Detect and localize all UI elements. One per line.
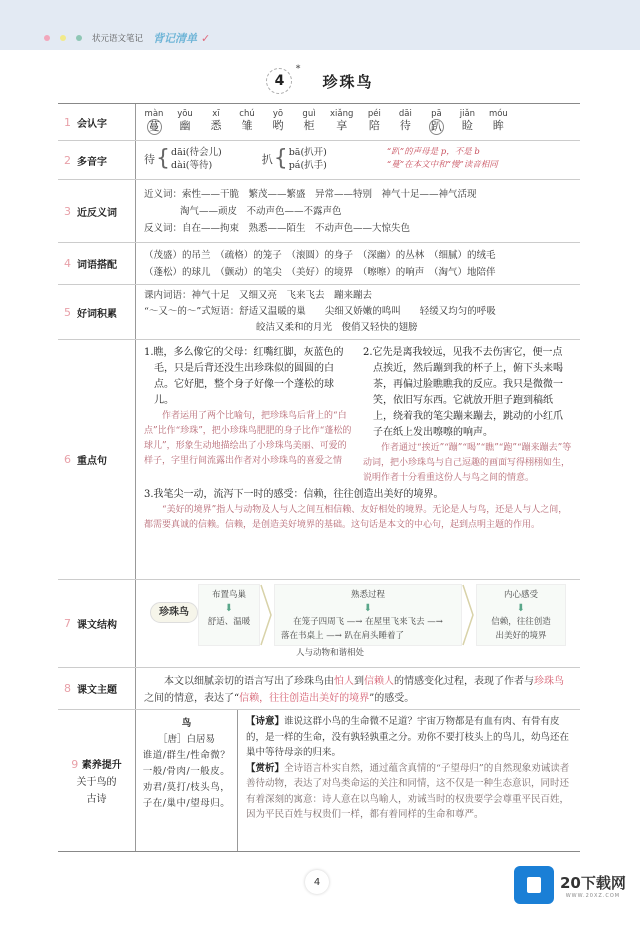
char-item: jiǎn睑	[457, 109, 477, 135]
stage-title: 内心感受	[504, 588, 538, 603]
stage-title: 熟悉过程	[351, 588, 385, 603]
stage-box-2: 熟悉过程 ⬇ 在笼子四周飞 —→ 在屋里飞来飞去 —→ 落在书桌上 —→ 趴在肩…	[274, 584, 462, 646]
reading: dài(等待)	[171, 159, 222, 172]
hanzi: 陪	[369, 119, 380, 133]
reading: pá(扒手)	[289, 159, 327, 172]
poem-column: 鸟 ［唐］白居易 谁道/群生/性命微？一般/骨肉/一般皮。劝君/莫打/枝头鸟，子…	[136, 710, 238, 851]
hanzi: 享	[336, 119, 347, 133]
hanzi: 幽	[180, 119, 191, 133]
pinyin: móu	[489, 109, 508, 119]
section-label: 2 多音字	[58, 141, 136, 179]
stage-body: 落在书桌上 —→ 趴在肩头睡着了	[275, 629, 404, 643]
section-label: 7 课文结构	[58, 580, 136, 667]
note-line: “蔓”在本文中和“慢”读音相同	[387, 159, 498, 172]
section-number: 4	[64, 257, 71, 270]
pinyin: péi	[368, 109, 381, 119]
watermark-text: 20下载网 WWW.20XZ.COM	[560, 872, 626, 899]
section-title: 课文结构	[77, 616, 117, 631]
pinyin: chú	[239, 109, 254, 119]
watermark-url: WWW.20XZ.COM	[560, 893, 626, 899]
section-structure: 7 课文结构 珍珠鸟 布置鸟巢 ⬇ 舒适、温暖 熟悉过程 ⬇ 在笼子四周飞 —→…	[58, 580, 580, 668]
synonym-content: 近义词：索性——干脆 繁茂——繁盛 异常——特别 神气十足——神气活现 淘气——…	[136, 180, 580, 242]
pinyin: yōu	[177, 109, 193, 119]
section-recognize-chars: 1 会认字 màn蔓yōu幽xī悉chú雏yō哟guì柜xiǎng享péi陪dā…	[58, 104, 580, 141]
poem: 鸟 ［唐］白居易 谁道/群生/性命微？一般/骨肉/一般皮。劝君/莫打/枝头鸟，子…	[136, 710, 237, 812]
section-number: 7	[64, 617, 71, 630]
pinyin: yō	[273, 109, 283, 119]
words-line: “～又～的～”式短语：舒适又温暖的巢 尖细又娇嫩的鸣叫 轻缓又均匀的呼吸	[144, 304, 572, 320]
cube-icon	[527, 877, 541, 893]
section-key-sentences: 6 重点句 1.瞧，多么像它的父母：红嘴红脚，灰蓝色的毛，只是后背还没生出珍珠似…	[58, 340, 580, 580]
stage-box-3: 内心感受 ⬇ 信赖，往往创造 出美好的境界	[476, 584, 566, 646]
sentence-text: 2.它先是离我较远，见我不去伤害它，便一点点挨近，然后蹦到我的杯子上，俯下头来喝…	[363, 345, 572, 441]
chevron-right-icon	[462, 584, 474, 646]
lesson-header: 4 珍珠鸟	[0, 68, 640, 94]
hanzi: 哟	[273, 119, 284, 133]
char-item: péi陪	[364, 109, 384, 135]
key-sentence-1: 1.瞧，多么像它的父母：红嘴红脚，灰蓝色的毛，只是后背还没生出珍珠似的圆圆的白点…	[144, 345, 353, 486]
polyphone-char: 待	[144, 152, 155, 167]
poem-meaning: 【诗意】谁说这群小鸟的生命微不足道？宇宙万物都是有血有肉、有骨有皮的，是一样的生…	[246, 714, 572, 761]
stage-body: 信赖，往往创造	[491, 615, 551, 629]
section-title: 会认字	[77, 115, 107, 130]
hanzi: 待	[400, 119, 411, 133]
hanzi: 眸	[493, 119, 504, 133]
pairing-content: （茂盛）的吊兰 （疏格）的笼子 （滚圆）的身子 （深幽）的丛林 （细腻）的绒毛 …	[136, 243, 580, 284]
pinyin: guì	[302, 109, 315, 119]
meaning-tag: 【诗意】	[246, 716, 284, 727]
poem-analysis: 【赏析】全诗语言朴实自然，通过蕴含真情的“子望母归”的自然现象劝诫读者善待动物，…	[246, 761, 572, 823]
section-good-words: 5 好词积累 课内词语：神气十足 又细又亮 飞来飞去 蹦来蹦去 “～又～的～”式…	[58, 285, 580, 340]
poem-line: 一般/骨肉/一般皮。	[136, 764, 237, 780]
section-number: 2	[64, 154, 71, 167]
char-list: màn蔓yōu幽xī悉chú雏yō哟guì柜xiǎng享péi陪dāi待pā趴j…	[136, 104, 580, 140]
stage-box-1: 布置鸟巢 ⬇ 舒适、温暖	[198, 584, 260, 646]
char-item: yō哟	[268, 109, 288, 135]
char-item: guì柜	[299, 109, 319, 135]
section-number: 1	[64, 116, 71, 129]
structure-diagram: 珍珠鸟 布置鸟巢 ⬇ 舒适、温暖 熟悉过程 ⬇ 在笼子四周飞 —→ 在屋里飞来飞…	[136, 580, 580, 664]
theme-highlight: 珍珠鸟	[534, 676, 564, 687]
stage-body: 出美好的境界	[495, 629, 546, 643]
down-arrow-icon: ⬇	[517, 603, 525, 615]
hanzi: 悉	[211, 119, 222, 133]
char-item: dāi待	[395, 109, 415, 135]
theme-part: 之间的情意，表达了“	[144, 693, 239, 704]
pinyin: jiǎn	[460, 109, 475, 119]
stage-title: 布置鸟巢	[212, 588, 246, 603]
section-number: 5	[64, 306, 71, 319]
poem-notes: 【诗意】谁说这群小鸟的生命微不足道？宇宙万物都是有血有肉、有骨有皮的，是一样的生…	[238, 710, 580, 851]
section-title: 素养提升	[82, 760, 122, 771]
hanzi: 雏	[242, 119, 253, 133]
section-subtitle: 古诗	[87, 790, 107, 805]
polyphone-item: 扒 { bā(扒开) pá(扒手)	[262, 146, 327, 172]
section-polyphones: 2 多音字 待 { dāi(待会儿) dài(等待) 扒 { bā(扒开) pá…	[58, 141, 580, 180]
polyphone-content: 待 { dāi(待会儿) dài(等待) 扒 { bā(扒开) pá(扒手) “…	[136, 141, 580, 177]
synonym-line: 近义词：索性——干脆 繁茂——繁盛 异常——特别 神气十足——神气活现	[144, 186, 572, 203]
theme-highlight: 信赖人	[364, 676, 394, 687]
polyphone-item: 待 { dāi(待会儿) dài(等待)	[144, 146, 222, 172]
section-number: 3	[64, 205, 71, 218]
readings: bā(扒开) pá(扒手)	[289, 146, 327, 172]
hanzi: 趴	[429, 119, 444, 135]
hanzi: 蔓	[147, 119, 162, 135]
poem-title: 鸟	[136, 716, 237, 732]
hanzi: 睑	[462, 119, 473, 133]
section-number: 8	[64, 682, 71, 695]
down-arrow-icon: ⬇	[225, 603, 233, 615]
char-item: chú雏	[237, 109, 257, 135]
chevron-right-icon	[260, 584, 272, 646]
theme-highlight: 信赖，往往创造出美好的境界	[239, 693, 369, 704]
char-item: xiǎng享	[330, 109, 353, 135]
char-grid: màn蔓yōu幽xī悉chú雏yō哟guì柜xiǎng享péi陪dāi待pā趴j…	[144, 107, 572, 135]
poem-line: 子在/巢中/望母归。	[136, 796, 237, 812]
synonym-line: 淘气——顽皮 不动声色——不露声色	[144, 203, 572, 220]
hanzi: 柜	[304, 119, 315, 133]
section-literacy: 9 素养提升 关于鸟的 古诗 鸟 ［唐］白居易 谁道/群生/性命微？一般/骨肉/…	[58, 710, 580, 852]
series-name: 状元语文笔记	[92, 32, 143, 44]
theme-part: ”的感受。	[369, 693, 414, 704]
char-item: móu眸	[488, 109, 508, 135]
sentence-comment: “美好的境界”指人与动物及人与人之间互相信赖、友好相处的境界。无论是人与鸟，还是…	[144, 503, 572, 533]
poem-line: 劝君/莫打/枝头鸟，	[136, 780, 237, 796]
theme-highlight: 怕人	[334, 676, 354, 687]
char-item: xī悉	[206, 109, 226, 135]
theme-part: 本文以细腻亲切的语言写出了珍珠鸟由	[164, 676, 334, 687]
theme-part: 到	[354, 676, 364, 687]
words-line: 皎洁又柔和的月光 俊俏又轻快的翅膀	[144, 320, 572, 336]
theme-text: 本文以细腻亲切的语言写出了珍珠鸟由怕人到信赖人的情感变化过程，表现了作者与珍珠鸟…	[136, 668, 580, 709]
pinyin: xī	[212, 109, 219, 119]
series-header: 状元语文笔记 背记清单 ✓	[44, 30, 210, 46]
stage-body: 舒适、温暖	[208, 615, 251, 629]
section-label: 6 重点句	[58, 340, 136, 579]
sentence-comment: 作者运用了两个比喻句，把珍珠鸟后背上的“白点”比作“珍珠”，把小珍珠鸟肥肥的身子…	[144, 409, 353, 469]
pinyin: dāi	[399, 109, 412, 119]
section-title: 课文主题	[77, 681, 117, 696]
section-number: 9	[71, 758, 78, 771]
center-bubble: 珍珠鸟	[150, 602, 198, 623]
watermark-brand: 20下载网	[560, 872, 626, 893]
pink-dot-icon	[44, 35, 50, 41]
sentence-text: 1.瞧，多么像它的父母：红嘴红脚，灰蓝色的毛，只是后背还没生出珍珠似的圆圆的白点…	[144, 345, 353, 409]
key-sentence-3: 3.我笔尖一动，流泻下一时的感受：信赖，往往创造出美好的境界。	[144, 487, 572, 503]
good-words-content: 课内词语：神气十足 又细又亮 飞来飞去 蹦来蹦去 “～又～的～”式短语：舒适又温…	[136, 285, 580, 339]
section-word-pairing: 4 词语搭配 （茂盛）的吊兰 （疏格）的笼子 （滚圆）的身子 （深幽）的丛林 （…	[58, 243, 580, 285]
section-title: 多音字	[77, 153, 107, 168]
section-synonyms-antonyms: 3 近反义词 近义词：索性——干脆 繁茂——繁盛 异常——特别 神气十足——神气…	[58, 180, 580, 243]
section-title: 好词积累	[77, 305, 117, 320]
antonym-line: 反义词：自在——拘束 熟悉——陌生 不动声色——大惊失色	[144, 220, 572, 237]
analysis-tag: 【赏析】	[246, 763, 284, 774]
brace-icon: {	[156, 148, 170, 170]
annotation-note: “趴”的声母是 p，不是 b “蔓”在本文中和“慢”读音相同	[387, 146, 498, 172]
check-icon: ✓	[201, 32, 210, 45]
theme-part: 的情感变化过程，表现了作者与	[394, 676, 534, 687]
section-theme: 8 课文主题 本文以细腻亲切的语言写出了珍珠鸟由怕人到信赖人的情感变化过程，表现…	[58, 668, 580, 710]
char-item: pā趴	[426, 109, 446, 135]
green-dot-icon	[76, 35, 82, 41]
reading: bā(扒开)	[289, 146, 327, 159]
lesson-title: 珍珠鸟	[322, 71, 373, 92]
section-title: 重点句	[77, 452, 107, 467]
section-number: 6	[64, 453, 71, 466]
section-label: 9 素养提升 关于鸟的 古诗	[58, 710, 136, 851]
lesson-number: 4	[266, 68, 292, 94]
yellow-dot-icon	[60, 35, 66, 41]
pairing-line: （茂盛）的吊兰 （疏格）的笼子 （滚圆）的身子 （深幽）的丛林 （细腻）的绒毛	[144, 247, 572, 264]
section-subtitle: 关于鸟的	[77, 773, 117, 788]
stage-body: 在笼子四周飞 —→ 在屋里飞来飞去 —→	[293, 615, 443, 629]
polyphone-char: 扒	[262, 152, 273, 167]
key-sentence-2: 2.它先是离我较远，见我不去伤害它，便一点点挨近，然后蹦到我的杯子上，俯下头来喝…	[363, 345, 572, 486]
down-arrow-icon: ⬇	[364, 603, 372, 615]
box-logo-icon	[514, 866, 554, 904]
char-item: yōu幽	[175, 109, 195, 135]
sentence-comment: 作者通过“挨近”“蹦”“喝”“瞧”“跑”“蹦来蹦去”等动词，把小珍珠鸟与自己逗趣…	[363, 441, 572, 486]
series-tag: 背记清单	[153, 30, 197, 46]
analysis-text: 全诗语言朴实自然，通过蕴含真情的“子望母归”的自然现象劝诫读者善待动物，表达了对…	[246, 763, 569, 821]
section-label: 5 好词积累	[58, 285, 136, 339]
brace-icon: {	[274, 148, 288, 170]
structure-summary: 人与动物和谐相处	[296, 646, 364, 661]
pinyin: màn	[145, 109, 164, 119]
note-line: “趴”的声母是 p，不是 b	[387, 146, 498, 159]
char-item: màn蔓	[144, 109, 164, 135]
pairing-line: （蓬松）的球儿 （颤动）的笔尖 （美好）的境界 （嚓嚓）的响声 （淘气）地陪伴	[144, 264, 572, 281]
pinyin: pā	[431, 109, 442, 119]
section-label: 1 会认字	[58, 104, 136, 140]
section-label-main: 9 素养提升	[71, 756, 121, 771]
meaning-text: 谁说这群小鸟的生命微不足道？宇宙万物都是有血有肉、有骨有皮的，是一样的生命，没有…	[246, 716, 569, 758]
section-label: 3 近反义词	[58, 180, 136, 242]
page-number: 4	[305, 870, 329, 894]
reading: dāi(待会儿)	[171, 146, 222, 159]
pinyin: xiǎng	[330, 109, 353, 119]
watermark: 20下载网 WWW.20XZ.COM	[514, 866, 626, 904]
section-label: 4 词语搭配	[58, 243, 136, 284]
section-title: 词语搭配	[77, 256, 117, 271]
key-sentence-grid: 1.瞧，多么像它的父母：红嘴红脚，灰蓝色的毛，只是后背还没生出珍珠似的圆圆的白点…	[144, 345, 572, 486]
poem-author: ［唐］白居易	[136, 732, 237, 748]
section-label: 8 课文主题	[58, 668, 136, 709]
readings: dāi(待会儿) dài(等待)	[171, 146, 222, 172]
poem-line: 谁道/群生/性命微？	[136, 748, 237, 764]
words-line: 课内词语：神气十足 又细又亮 飞来飞去 蹦来蹦去	[144, 288, 572, 304]
key-sentence-content: 1.瞧，多么像它的父母：红嘴红脚，灰蓝色的毛，只是后背还没生出珍珠似的圆圆的白点…	[136, 340, 580, 579]
study-table: 1 会认字 màn蔓yōu幽xī悉chú雏yō哟guì柜xiǎng享péi陪dā…	[58, 103, 580, 852]
section-title: 近反义词	[77, 204, 117, 219]
